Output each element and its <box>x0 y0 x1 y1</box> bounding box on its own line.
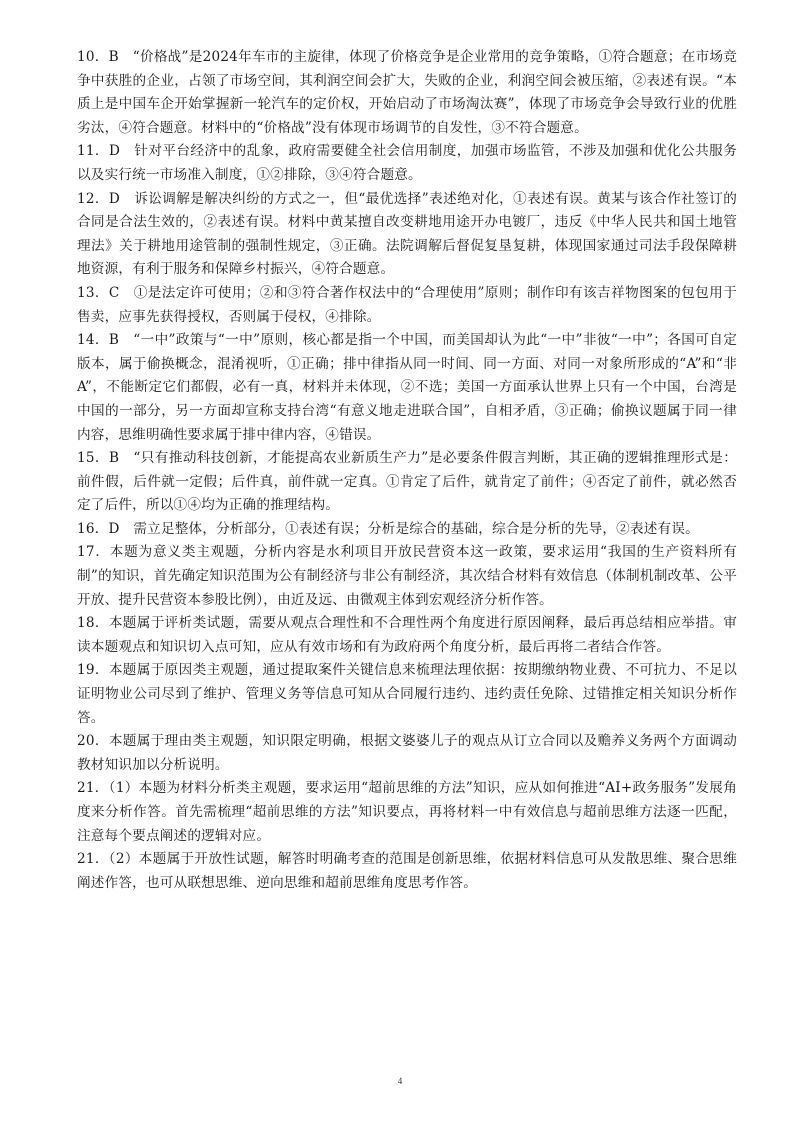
answer-13: 13．C ①是法定许可使用；②和③符合著作权法中的“合理使用”原则；制作印有该吉… <box>77 282 737 329</box>
answer-16: 16．D 需立足整体，分析部分，①表述有误；分析是综合的基础，综合是分析的先导，… <box>77 518 737 542</box>
answer-14: 14．B “一中”政策与“一中”原则，核心都是指一个中国，而美国却认为此“一中”… <box>77 329 737 447</box>
answer-21-part-2: 21．（2）本题属于开放性试题，解答时明确考查的范围是创新思维，依据材料信息可从… <box>77 848 737 895</box>
answer-19: 19．本题属于原因类主观题，通过提取案件关键信息来梳理法理依据：按期缴纳物业费、… <box>77 659 737 730</box>
answer-11: 11．D 针对平台经济中的乱象，政府需要健全社会信用制度，加强市场监管，不涉及加… <box>77 140 737 187</box>
answer-20: 20．本题属于理由类主观题，知识限定明确，根据文婆婆儿子的观点从订立合同以及赡养… <box>77 730 737 777</box>
answer-10: 10．B “价格战”是2024年车市的主旋律，体现了价格竞争是企业常用的竞争策略… <box>77 46 737 140</box>
answer-12: 12．D 诉讼调解是解决纠纷的方式之一，但“最优选择”表述绝对化，①表述有误。黄… <box>77 188 737 282</box>
answer-21-part-1: 21．（1）本题为材料分析类主观题，要求运用“超前思维的方法”知识，应从如何推进… <box>77 777 737 848</box>
answer-18: 18．本题属于评析类试题，需要从观点合理性和不合理性两个角度进行原因阐释，最后再… <box>77 612 737 659</box>
answer-17: 17．本题为意义类主观题，分析内容是水利项目开放民营资本这一政策，要求运用“我国… <box>77 541 737 612</box>
answer-explanations: 10．B “价格战”是2024年车市的主旋律，体现了价格竞争是企业常用的竞争策略… <box>77 46 737 895</box>
answer-15: 15．B “只有推动科技创新，才能提高农业新质生产力”是必要条件假言判断，其正确… <box>77 447 737 518</box>
page-number: 4 <box>0 1076 800 1086</box>
